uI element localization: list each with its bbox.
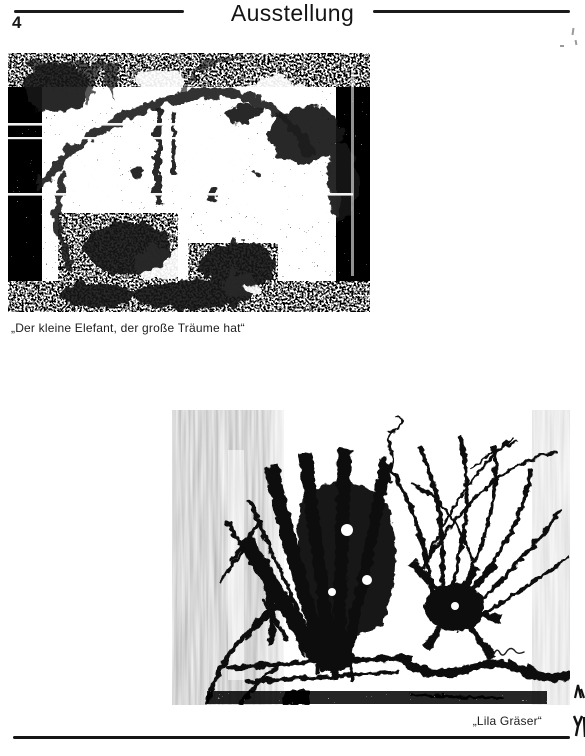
elephant-painting-image <box>8 53 370 312</box>
graeser-painting-image <box>172 410 570 705</box>
footer-rule <box>13 736 570 739</box>
scan-speck <box>560 45 564 47</box>
artwork-caption-graeser: „Lila Gräser“ <box>172 714 570 728</box>
artwork-elephant-figure: „Der kleine Elefant, der große Träume ha… <box>8 53 370 335</box>
scan-speck <box>572 28 575 35</box>
artwork-caption-elephant: „Der kleine Elefant, der große Träume ha… <box>8 321 370 335</box>
bottom-speckle-band <box>207 691 547 704</box>
scanned-magazine-page: Ausstellung 4 <box>0 0 585 756</box>
artwork-graeser-figure: „Lila Gräser“ <box>172 410 570 728</box>
scan-speck <box>575 40 578 45</box>
header-rule-right <box>373 10 570 13</box>
graeser-painting-svg <box>172 410 570 705</box>
edge-letter-fragment-icon <box>572 715 585 738</box>
elephant-painting-svg <box>8 53 370 312</box>
page-number: 4 <box>12 13 22 33</box>
artist-signature-scribble <box>494 649 524 656</box>
page-title: Ausstellung <box>0 0 585 27</box>
edge-letter-fragment-icon <box>574 684 585 699</box>
